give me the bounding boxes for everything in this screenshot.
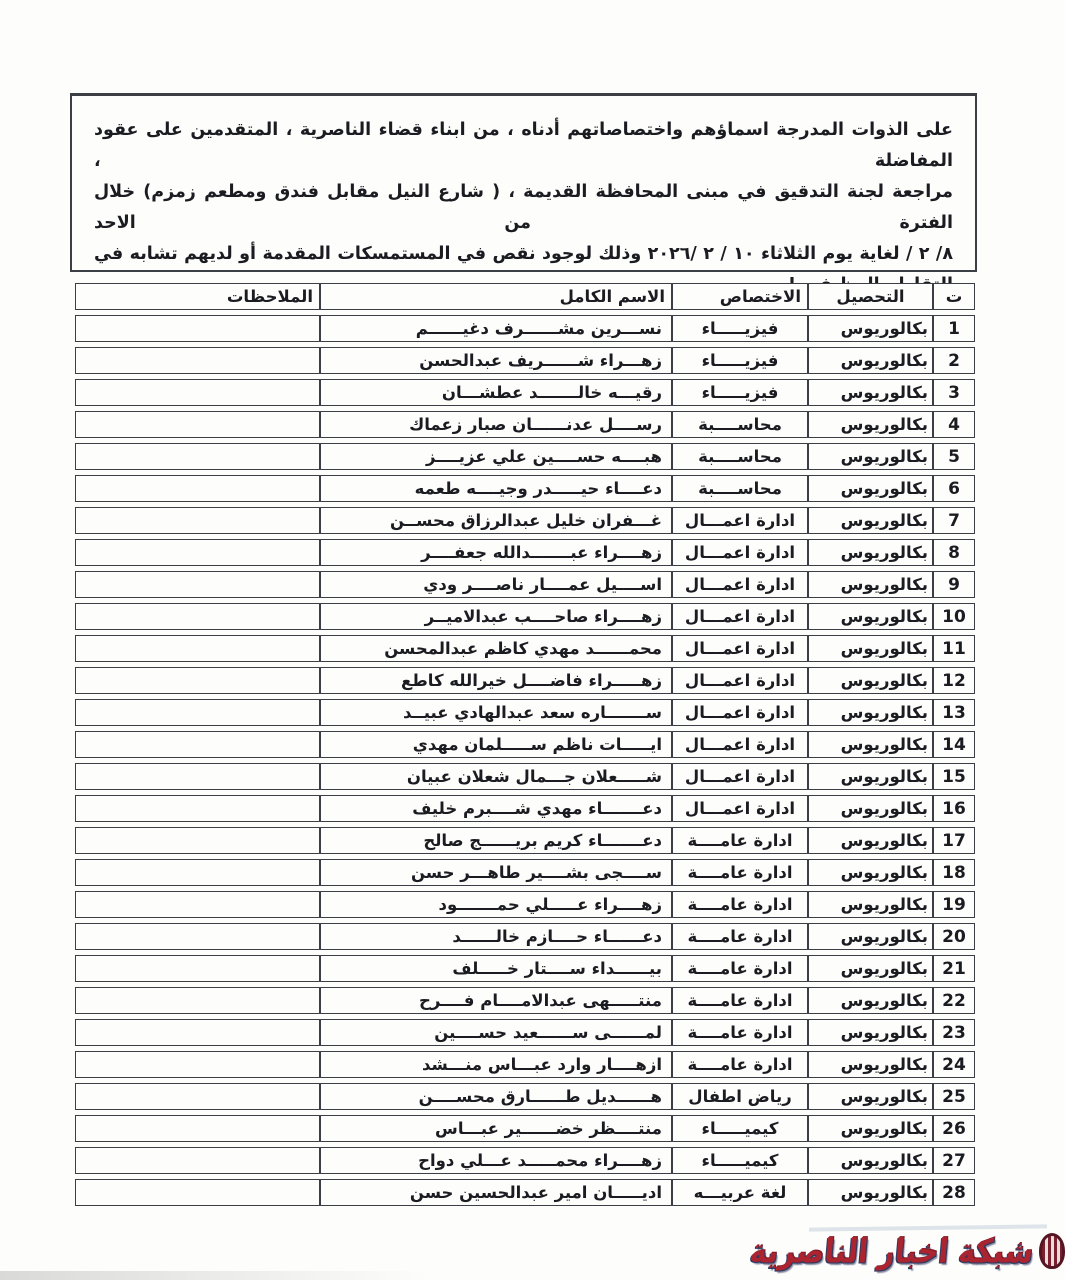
cell-specialization: ادارة اعمـــال: [672, 731, 808, 758]
cell-specialization: فيزيـــــاء: [672, 315, 808, 342]
cell-row-number: 23: [933, 1019, 975, 1046]
notice-text-line-1: على الذوات المدرجة اسماؤهم واختصاصاتهم أ…: [94, 115, 953, 177]
cell-notes: [75, 571, 320, 598]
header-row-number: ت: [933, 283, 975, 310]
cell-full-name: ايـــــات ناظم ســـــلمان مهدي: [320, 731, 672, 758]
cell-notes: [75, 827, 320, 854]
cell-education: بكالوريوس: [808, 411, 933, 438]
cell-full-name: زهـــراء شــــــريف عبدالحسن: [320, 347, 672, 374]
cell-notes: [75, 987, 320, 1014]
cell-full-name: دعـــــــاء مهدي شــــبرم خليف: [320, 795, 672, 822]
cell-full-name: زهــــراء صاحــــب عبدالاميــر: [320, 603, 672, 630]
cell-specialization: محاســــبة: [672, 475, 808, 502]
cell-notes: [75, 443, 320, 470]
cell-specialization: ادارة اعمـــال: [672, 507, 808, 534]
cell-specialization: ادارة اعمـــال: [672, 795, 808, 822]
cell-full-name: دعــــــاء حــــازم خالــــــد: [320, 923, 672, 950]
cell-education: بكالوريوس: [808, 347, 933, 374]
notice-text-line-3: ٨/ ٢ / لغاية يوم الثلاثاء ١٠ / ٢ /٢٠٢٦ و…: [94, 239, 953, 270]
cell-notes: [75, 955, 320, 982]
cell-full-name: رســــل عدنــــــان صبار زعماك: [320, 411, 672, 438]
cell-specialization: رياض اطفال: [672, 1083, 808, 1110]
cell-full-name: دعـــــــاء كريم بريــــــج صالح: [320, 827, 672, 854]
table-row: 20 بكالوريوس ادارة عامــــة دعــــــاء ح…: [75, 923, 975, 950]
cell-full-name: شـــــعلان جـــمال شعلان عبيان: [320, 763, 672, 790]
news-network-emblem-icon: [1039, 1233, 1065, 1269]
cell-notes: [75, 1115, 320, 1142]
cell-education: بكالوريوس: [808, 571, 933, 598]
cell-full-name: هــــــديل طــــــارق محســــن: [320, 1083, 672, 1110]
cell-notes: [75, 347, 320, 374]
cell-row-number: 7: [933, 507, 975, 534]
scan-artifact-smudge: [0, 1271, 430, 1280]
table-row: 17 بكالوريوس ادارة عامــــة دعـــــــاء …: [75, 827, 975, 854]
cell-full-name: منتـــــهى عبدالامــــام فــــرح: [320, 987, 672, 1014]
cell-notes: [75, 603, 320, 630]
cell-specialization: فيزيـــــاء: [672, 347, 808, 374]
cell-notes: [75, 539, 320, 566]
scanned-document-page: على الذوات المدرجة اسماؤهم واختصاصاتهم أ…: [0, 0, 1065, 1280]
cell-row-number: 8: [933, 539, 975, 566]
cell-specialization: ادارة اعمـــال: [672, 667, 808, 694]
cell-full-name: زهــــراء عـــــلي حمـــــــود: [320, 891, 672, 918]
table-row: 9 بكالوريوس ادارة اعمـــال اســــيل عمــ…: [75, 571, 975, 598]
cell-full-name: هبــــه حســــين علي عزيــــز: [320, 443, 672, 470]
table-row: 5 بكالوريوس محاســــبة هبــــه حســــين …: [75, 443, 975, 470]
cell-education: بكالوريوس: [808, 603, 933, 630]
cell-notes: [75, 859, 320, 886]
header-full-name: الاسم الكامل: [320, 283, 672, 310]
cell-full-name: زهــــراء عبـــــــدالله جعفــــر: [320, 539, 672, 566]
cell-full-name: بيــــــداء ســــتار خـــــلف: [320, 955, 672, 982]
cell-notes: [75, 1179, 320, 1206]
cell-education: بكالوريوس: [808, 795, 933, 822]
cell-specialization: ادارة اعمـــال: [672, 571, 808, 598]
cell-specialization: لغة عربيـــه: [672, 1179, 808, 1206]
header-notes: الملاحظات: [75, 283, 320, 310]
cell-education: بكالوريوس: [808, 923, 933, 950]
cell-full-name: منتــــظر خضــــــير عبـــاس: [320, 1115, 672, 1142]
cell-education: بكالوريوس: [808, 1179, 933, 1206]
cell-specialization: محاســــبة: [672, 411, 808, 438]
cell-row-number: 6: [933, 475, 975, 502]
cell-specialization: ادارة عامــــة: [672, 1051, 808, 1078]
notice-box: على الذوات المدرجة اسماؤهم واختصاصاتهم أ…: [70, 93, 977, 272]
cell-education: بكالوريوس: [808, 539, 933, 566]
table-row: 25 بكالوريوس رياض اطفال هــــــديل طــــ…: [75, 1083, 975, 1110]
cell-education: بكالوريوس: [808, 1147, 933, 1174]
cell-education: بكالوريوس: [808, 859, 933, 886]
cell-education: بكالوريوس: [808, 1051, 933, 1078]
cell-education: بكالوريوس: [808, 1115, 933, 1142]
cell-full-name: رقيـــه خالـــــــد عطشـــان: [320, 379, 672, 406]
table-row: 7 بكالوريوس ادارة اعمـــال غـــفران خليل…: [75, 507, 975, 534]
cell-education: بكالوريوس: [808, 731, 933, 758]
cell-row-number: 5: [933, 443, 975, 470]
header-specialization: الاختصاص: [672, 283, 808, 310]
applicants-table: ت التحصيل الاختصاص الاسم الكامل الملاحظا…: [75, 278, 975, 1211]
cell-row-number: 3: [933, 379, 975, 406]
table-row: 28 بكالوريوس لغة عربيـــه اديـــــان امي…: [75, 1179, 975, 1206]
cell-specialization: محاســــبة: [672, 443, 808, 470]
table-row: 26 بكالوريوس كيميـــــاء منتــــظر خضـــ…: [75, 1115, 975, 1142]
cell-row-number: 22: [933, 987, 975, 1014]
table-row: 23 بكالوريوس ادارة عامــــة لمــــــى سـ…: [75, 1019, 975, 1046]
cell-row-number: 25: [933, 1083, 975, 1110]
cell-specialization: ادارة عامــــة: [672, 859, 808, 886]
cell-row-number: 10: [933, 603, 975, 630]
cell-notes: [75, 1147, 320, 1174]
table-row: 6 بكالوريوس محاســــبة دعــــاء حيـــــد…: [75, 475, 975, 502]
cell-row-number: 24: [933, 1051, 975, 1078]
cell-education: بكالوريوس: [808, 379, 933, 406]
cell-education: بكالوريوس: [808, 315, 933, 342]
cell-notes: [75, 731, 320, 758]
table-row: 13 بكالوريوس ادارة اعمـــال ســـــــاره …: [75, 699, 975, 726]
cell-education: بكالوريوس: [808, 443, 933, 470]
cell-notes: [75, 1051, 320, 1078]
cell-row-number: 2: [933, 347, 975, 374]
watermark-text: شبكة اخبار الناصرية: [748, 1231, 1035, 1270]
cell-full-name: اديـــــان امير عبدالحسين حسن: [320, 1179, 672, 1206]
cell-row-number: 20: [933, 923, 975, 950]
table-row: 16 بكالوريوس ادارة اعمـــال دعـــــــاء …: [75, 795, 975, 822]
table-row: 18 بكالوريوس ادارة عامــــة ســــجى بشــ…: [75, 859, 975, 886]
cell-row-number: 18: [933, 859, 975, 886]
cell-row-number: 14: [933, 731, 975, 758]
cell-full-name: ازهــــار وارد عبـــاس منـــشد: [320, 1051, 672, 1078]
cell-notes: [75, 1083, 320, 1110]
cell-notes: [75, 315, 320, 342]
table-row: 3 بكالوريوس فيزيـــــاء رقيـــه خالـــــ…: [75, 379, 975, 406]
header-education: التحصيل: [808, 283, 933, 310]
table-row: 21 بكالوريوس ادارة عامــــة بيــــــداء …: [75, 955, 975, 982]
cell-row-number: 4: [933, 411, 975, 438]
cell-full-name: ســـــــاره سعد عبدالهادي عبيــد: [320, 699, 672, 726]
cell-notes: [75, 667, 320, 694]
cell-education: بكالوريوس: [808, 635, 933, 662]
cell-education: بكالوريوس: [808, 891, 933, 918]
cell-education: بكالوريوس: [808, 699, 933, 726]
table-row: 10 بكالوريوس ادارة اعمـــال زهــــراء صا…: [75, 603, 975, 630]
table-row: 14 بكالوريوس ادارة اعمـــال ايـــــات نا…: [75, 731, 975, 758]
table-row: 15 بكالوريوس ادارة اعمـــال شـــــعلان ج…: [75, 763, 975, 790]
table-row: 19 بكالوريوس ادارة عامــــة زهــــراء عـ…: [75, 891, 975, 918]
table-row: 4 بكالوريوس محاســــبة رســــل عدنــــــ…: [75, 411, 975, 438]
cell-row-number: 11: [933, 635, 975, 662]
cell-education: بكالوريوس: [808, 1083, 933, 1110]
cell-specialization: كيميـــــاء: [672, 1115, 808, 1142]
cell-notes: [75, 475, 320, 502]
cell-specialization: ادارة اعمـــال: [672, 763, 808, 790]
notice-text-line-2: مراجعة لجنة التدقيق في مبنى المحافظة الق…: [94, 177, 953, 239]
cell-row-number: 21: [933, 955, 975, 982]
cell-notes: [75, 763, 320, 790]
cell-specialization: ادارة اعمـــال: [672, 635, 808, 662]
cell-education: بكالوريوس: [808, 475, 933, 502]
cell-full-name: دعــــاء حيـــــدر وجيــــه طعمه: [320, 475, 672, 502]
cell-specialization: ادارة عامــــة: [672, 891, 808, 918]
cell-education: بكالوريوس: [808, 763, 933, 790]
cell-education: بكالوريوس: [808, 955, 933, 982]
cell-full-name: زهـــــراء فاضــــل خيرالله كاطع: [320, 667, 672, 694]
cell-notes: [75, 635, 320, 662]
cell-education: بكالوريوس: [808, 1019, 933, 1046]
cell-full-name: ســــجى بشــــير طاهـــر حسن: [320, 859, 672, 886]
cell-notes: [75, 1019, 320, 1046]
cell-specialization: ادارة عامــــة: [672, 923, 808, 950]
cell-row-number: 16: [933, 795, 975, 822]
cell-notes: [75, 379, 320, 406]
cell-row-number: 17: [933, 827, 975, 854]
cell-full-name: غـــفران خليل عبدالرزاق محســن: [320, 507, 672, 534]
table-row: 8 بكالوريوس ادارة اعمـــال زهــــراء عبـ…: [75, 539, 975, 566]
cell-specialization: ادارة عامــــة: [672, 955, 808, 982]
cell-notes: [75, 411, 320, 438]
cell-education: بكالوريوس: [808, 827, 933, 854]
cell-education: بكالوريوس: [808, 507, 933, 534]
cell-specialization: كيميـــــاء: [672, 1147, 808, 1174]
cell-notes: [75, 795, 320, 822]
cell-full-name: زهــــراء محمـــــد عـــلي دواح: [320, 1147, 672, 1174]
cell-specialization: ادارة اعمـــال: [672, 603, 808, 630]
cell-specialization: ادارة اعمـــال: [672, 539, 808, 566]
cell-specialization: ادارة اعمـــال: [672, 699, 808, 726]
table-row: 11 بكالوريوس ادارة اعمـــال محمــــــد م…: [75, 635, 975, 662]
cell-full-name: نســـرين مشــــــرف دغيــــــم: [320, 315, 672, 342]
cell-notes: [75, 507, 320, 534]
watermark-logo: شبكة اخبار الناصرية: [793, 1224, 1065, 1278]
cell-specialization: ادارة عامــــة: [672, 987, 808, 1014]
cell-row-number: 9: [933, 571, 975, 598]
table-row: 2 بكالوريوس فيزيـــــاء زهـــراء شــــــ…: [75, 347, 975, 374]
cell-row-number: 1: [933, 315, 975, 342]
table-row: 24 بكالوريوس ادارة عامــــة ازهــــار وا…: [75, 1051, 975, 1078]
cell-row-number: 19: [933, 891, 975, 918]
table-row: 12 بكالوريوس ادارة اعمـــال زهـــــراء ف…: [75, 667, 975, 694]
cell-row-number: 15: [933, 763, 975, 790]
cell-full-name: محمــــــد مهدي كاظم عبدالمحسن: [320, 635, 672, 662]
cell-row-number: 12: [933, 667, 975, 694]
cell-notes: [75, 891, 320, 918]
cell-notes: [75, 699, 320, 726]
cell-full-name: لمــــــى ســــــعيد حســــين: [320, 1019, 672, 1046]
cell-row-number: 26: [933, 1115, 975, 1142]
table-header-row: ت التحصيل الاختصاص الاسم الكامل الملاحظا…: [75, 283, 975, 310]
cell-education: بكالوريوس: [808, 667, 933, 694]
cell-notes: [75, 923, 320, 950]
cell-full-name: اســــيل عمــــار ناصــــر ودي: [320, 571, 672, 598]
cell-specialization: ادارة عامــــة: [672, 827, 808, 854]
cell-specialization: فيزيـــــاء: [672, 379, 808, 406]
cell-row-number: 13: [933, 699, 975, 726]
table-row: 22 بكالوريوس ادارة عامــــة منتـــــهى ع…: [75, 987, 975, 1014]
table-row: 27 بكالوريوس كيميـــــاء زهــــراء محمــ…: [75, 1147, 975, 1174]
cell-education: بكالوريوس: [808, 987, 933, 1014]
cell-row-number: 28: [933, 1179, 975, 1206]
table-row: 1 بكالوريوس فيزيـــــاء نســـرين مشـــــ…: [75, 315, 975, 342]
cell-specialization: ادارة عامــــة: [672, 1019, 808, 1046]
cell-row-number: 27: [933, 1147, 975, 1174]
